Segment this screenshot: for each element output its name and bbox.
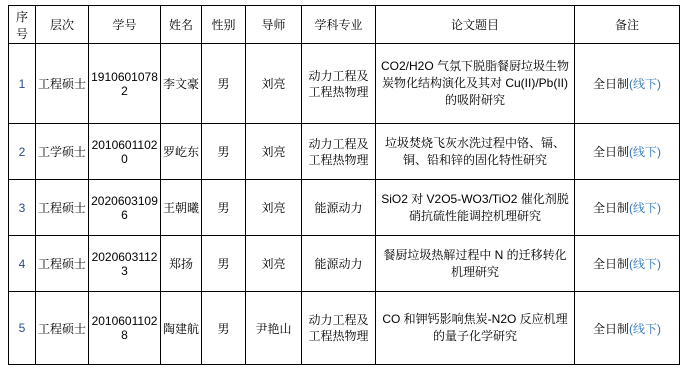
cell-remark: 全日制(线下): [575, 292, 680, 365]
remark-main: 全日制: [593, 77, 629, 91]
header-student-id: 学号: [89, 6, 161, 44]
cell-thesis-title: SiO2 对 V2O5-WO3/TiO2 催化剂脱硝抗硫性能调控机理研究: [376, 180, 575, 236]
cell-index: 4: [9, 236, 36, 292]
cell-major: 动力工程及工程热物理: [302, 124, 376, 180]
remark-main: 全日制: [593, 201, 629, 215]
header-remark: 备注: [575, 6, 680, 44]
cell-level: 工程硕士: [36, 236, 89, 292]
cell-student-id: 19106010782: [89, 44, 161, 124]
header-thesis-title: 论文题目: [376, 6, 575, 44]
cell-student-id: 20106011028: [89, 292, 161, 365]
header-name: 姓名: [161, 6, 202, 44]
cell-gender: 男: [202, 124, 246, 180]
table-row: 2 工学硕士 20106011020 罗屹东 男 刘亮 动力工程及工程热物理 垃…: [9, 124, 680, 180]
table-row: 5 工程硕士 20106011028 陶建航 男 尹艳山 动力工程及工程热物理 …: [9, 292, 680, 365]
header-gender: 性别: [202, 6, 246, 44]
cell-index: 2: [9, 124, 36, 180]
thesis-roster-table: 序号 层次 学号 姓名 性别 导师 学科专业 论文题目 备注 1 工程硕士 19…: [8, 5, 680, 365]
cell-name: 李文豪: [161, 44, 202, 124]
table-row: 4 工程硕士 20206031123 郑扬 男 刘亮 能源动力 餐厨垃圾热解过程…: [9, 236, 680, 292]
header-row: 序号 层次 学号 姓名 性别 导师 学科专业 论文题目 备注: [9, 6, 680, 44]
cell-student-id: 20206031096: [89, 180, 161, 236]
cell-thesis-title: 餐厨垃圾热解过程中 N 的迁移转化机理研究: [376, 236, 575, 292]
cell-name: 罗屹东: [161, 124, 202, 180]
cell-thesis-title: CO2/H2O 气氛下脱脂餐厨垃圾生物炭物化结构演化及其对 Cu(II)/Pb(…: [376, 44, 575, 124]
cell-level: 工程硕士: [36, 44, 89, 124]
cell-index: 3: [9, 180, 36, 236]
remark-mode: (线下): [629, 77, 661, 91]
cell-major: 动力工程及工程热物理: [302, 292, 376, 365]
cell-thesis-title: 垃圾焚烧飞灰水洗过程中铬、镉、铜、铅和锌的固化特性研究: [376, 124, 575, 180]
cell-index: 1: [9, 44, 36, 124]
cell-advisor: 刘亮: [246, 236, 302, 292]
header-level: 层次: [36, 6, 89, 44]
table-row: 3 工程硕士 20206031096 王朝曦 男 刘亮 能源动力 SiO2 对 …: [9, 180, 680, 236]
cell-gender: 男: [202, 292, 246, 365]
remark-main: 全日制: [593, 322, 629, 336]
cell-major: 能源动力: [302, 180, 376, 236]
header-major: 学科专业: [302, 6, 376, 44]
remark-main: 全日制: [593, 145, 629, 159]
cell-remark: 全日制(线下): [575, 44, 680, 124]
cell-level: 工学硕士: [36, 124, 89, 180]
table-row: 1 工程硕士 19106010782 李文豪 男 刘亮 动力工程及工程热物理 C…: [9, 44, 680, 124]
remark-mode: (线下): [629, 322, 661, 336]
cell-student-id: 20206031123: [89, 236, 161, 292]
cell-student-id: 20106011020: [89, 124, 161, 180]
cell-gender: 男: [202, 236, 246, 292]
cell-thesis-title: CO 和钾钙影响焦炭-N2O 反应机理的量子化学研究: [376, 292, 575, 365]
cell-index: 5: [9, 292, 36, 365]
remark-mode: (线下): [629, 201, 661, 215]
cell-gender: 男: [202, 180, 246, 236]
cell-remark: 全日制(线下): [575, 236, 680, 292]
cell-advisor: 刘亮: [246, 44, 302, 124]
cell-major: 能源动力: [302, 236, 376, 292]
cell-advisor: 刘亮: [246, 180, 302, 236]
header-index: 序号: [9, 6, 36, 44]
cell-remark: 全日制(线下): [575, 124, 680, 180]
remark-main: 全日制: [593, 257, 629, 271]
cell-remark: 全日制(线下): [575, 180, 680, 236]
cell-advisor: 尹艳山: [246, 292, 302, 365]
cell-major: 动力工程及工程热物理: [302, 44, 376, 124]
cell-name: 郑扬: [161, 236, 202, 292]
remark-mode: (线下): [629, 257, 661, 271]
cell-gender: 男: [202, 44, 246, 124]
cell-name: 王朝曦: [161, 180, 202, 236]
header-advisor: 导师: [246, 6, 302, 44]
cell-level: 工程硕士: [36, 180, 89, 236]
cell-advisor: 刘亮: [246, 124, 302, 180]
remark-mode: (线下): [629, 145, 661, 159]
cell-level: 工程硕士: [36, 292, 89, 365]
cell-name: 陶建航: [161, 292, 202, 365]
